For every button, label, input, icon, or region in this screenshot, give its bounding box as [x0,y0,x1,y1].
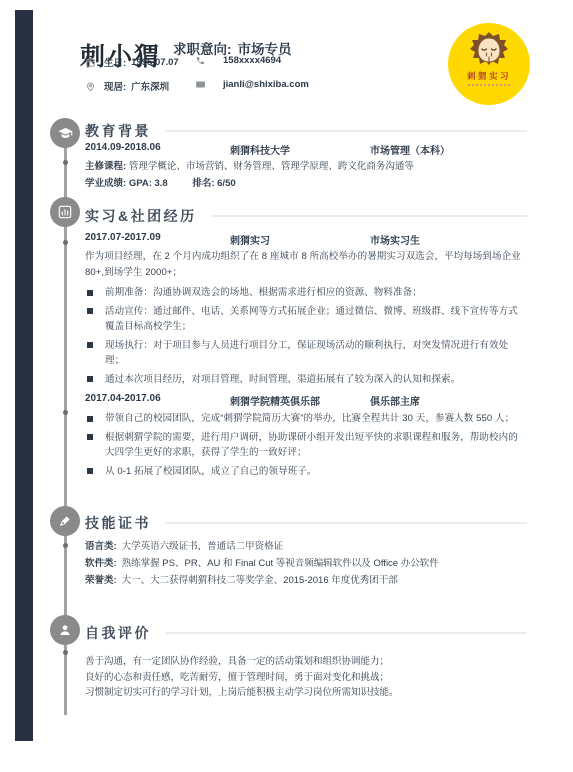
email-item: jianli@shixiba.com [195,79,309,90]
job-date: 2017.07-2017.09 [85,232,230,247]
bullet-text: 活动宣传：通过邮件、电话、关系网等方式拓展企业；通过微信、微博、班级群、线下宣传… [105,306,518,333]
self-evaluation-section-header: 自我评价 [85,623,527,643]
section-node-experience [50,197,80,227]
section-rule [211,215,527,217]
bullet-text: 现场执行：对于项目参与人员进行项目分工，保证现场活动的顺利执行，对突发情况进行有… [105,340,508,367]
bullet-square-icon [87,434,93,440]
job-org: 刺猬实习 [230,232,370,247]
experience-section-header: 实习&社团经历 [85,206,527,226]
job-summary: 作为项目经理，在 2 个月内成功组织了在 8 座城市 8 所高校举办的暑期实习双… [85,249,527,281]
job-date: 2017.04-2017.06 [85,393,230,408]
residence-item: 现居: 广东深圳 [85,79,169,93]
bullet-item: 带领自己的校园团队，完成“刺猬学院简历大赛”的举办，比赛全程共计 30 天，参赛… [85,411,527,427]
avatar: 刺猬实习 [448,23,530,105]
self-eval-line: 良好的心态和责任感，吃苦耐劳，擅于管理时间，勇于面对变化和挑战； [85,670,527,686]
bullet-item: 活动宣传：通过邮件、电话、关系网等方式拓展企业；通过微信、微博、班级群、线下宣传… [85,304,527,335]
left-accent-bar [15,10,33,741]
bullet-item: 现场执行：对于项目参与人员进行项目分工，保证现场活动的顺利执行，对突发情况进行有… [85,338,527,369]
section-title: 自我评价 [85,623,151,643]
section-rule [165,522,527,524]
edu-major: 市场管理（本科） [370,142,527,157]
bullet-text: 通过本次项目经历，对项目管理、时间管理、渠道拓展有了较为深入的认知和探索。 [105,374,460,385]
avatar-brand-text: 刺猬实习 [467,70,511,82]
timeline-dot [63,410,68,415]
skill-line: 软件类:熟练掌握 PS、PR、AU 和 Final Cut 等视音频编辑软件以及… [85,556,527,572]
edu-school: 刺猬科技大学 [230,142,370,157]
phone-value: 158xxxx4694 [223,55,281,66]
job-header: 2017.07-2017.09 刺猬实习 市场实习生 [85,232,527,247]
pen-icon [57,513,73,529]
birthday-label: 生日: [104,55,126,69]
edu-courses-line: 主修课程: 管理学概论、市场营销、财务管理、管理学原理、跨文化商务沟通等 [85,158,527,172]
bullet-text: 前期准备：沟通协调双选会的场地、根据需求进行相应的资源、物料准备； [105,287,422,298]
job-header: 2017.04-2017.06 刺猬学院精英俱乐部 俱乐部主席 [85,393,527,408]
phone-item: 158xxxx4694 [195,55,281,66]
bullet-text: 从 0-1 拓展了校园团队，成立了自己的领导班子。 [105,466,317,477]
bullet-item: 从 0-1 拓展了校园团队，成立了自己的领导班子。 [85,464,527,480]
timeline-dot [63,240,68,245]
bullet-item: 通过本次项目经历，对项目管理、时间管理、渠道拓展有了较为深入的认知和探索。 [85,372,527,388]
self-eval-line: 习惯制定切实可行的学习计划，上岗后能积极主动学习岗位所需知识技能。 [85,685,527,701]
skill-line: 荣誉类:大一、大二获得刺猬科技二等奖学金、2015-2016 年度优秀团干部 [85,573,527,589]
skill-label: 语言类: [85,541,117,552]
hedgehog-illustration [469,32,509,69]
job-bullet-list: 带领自己的校园团队，完成“刺猬学院简历大赛”的举办，比赛全程共计 30 天，参赛… [85,411,527,482]
person-icon [57,622,73,638]
calendar-icon [85,57,96,68]
section-node-self-evaluation [50,615,80,645]
section-title: 教育背景 [85,121,151,141]
residence-value: 广东深圳 [131,79,169,93]
section-node-skills [50,506,80,536]
envelope-icon [195,79,206,90]
bullet-square-icon [87,416,93,422]
bullet-square-icon [87,376,93,382]
job-role: 市场实习生 [370,232,527,247]
job-org: 刺猬学院精英俱乐部 [230,393,370,408]
grade-label: 学业成绩: [85,178,126,189]
skill-label: 软件类: [85,558,117,569]
email-value: jianli@shixiba.com [223,79,309,90]
education-row: 2014.09-2018.06 刺猬科技大学 市场管理（本科） [85,142,527,157]
section-rule [165,632,527,634]
bullet-text: 根据刺猬学院的需要，进行用户调研，协助课研小组开发出短平快的求职课程和服务，帮助… [105,432,518,459]
education-section-header: 教育背景 [85,121,527,141]
edu-grades-line: 学业成绩: GPA: 3.8 排名: 6/50 [85,175,527,189]
bullet-item: 前期准备：沟通协调双选会的场地、根据需求进行相应的资源、物料准备； [85,285,527,301]
avatar-tagline-dashes [468,84,510,86]
bullet-square-icon [87,290,93,296]
bar-chart-icon [57,204,73,220]
phone-icon [195,55,206,66]
self-evaluation-text: 善于沟通，有一定团队协作经验，具备一定的活动策划和组织协调能力； 良好的心态和责… [85,654,527,701]
job-bullet-list: 前期准备：沟通协调双选会的场地、根据需求进行相应的资源、物料准备； 活动宣传：通… [85,285,527,390]
course-text: 管理学概论、市场营销、财务管理、管理学原理、跨文化商务沟通等 [129,161,414,172]
course-label: 主修课程: [85,161,126,172]
skill-label: 荣誉类: [85,575,117,586]
timeline-dot [63,160,68,165]
skill-text: 大学英语六级证书，普通话二甲资格证 [122,541,284,552]
location-pin-icon [85,81,96,92]
skill-line: 语言类:大学英语六级证书，普通话二甲资格证 [85,539,527,555]
bullet-item: 根据刺猬学院的需要，进行用户调研，协助课研小组开发出短平快的求职课程和服务，帮助… [85,430,527,461]
bullet-square-icon [87,308,93,314]
skill-text: 大一、大二获得刺猬科技二等奖学金、2015-2016 年度优秀团干部 [122,575,398,586]
rank-value: 排名: 6/50 [192,178,235,189]
job-role: 俱乐部主席 [370,393,527,408]
skills-list: 语言类:大学英语六级证书，普通话二甲资格证 软件类:熟练掌握 PS、PR、AU … [85,539,527,590]
residence-label: 现居: [104,79,126,93]
resume-page: 刺小猬 求职意向: 市场专员 生日: 1995.07.07 158xxxx469… [0,0,573,772]
section-title: 实习&社团经历 [85,206,197,226]
skills-section-header: 技能证书 [85,513,527,533]
section-node-education [50,118,80,148]
bullet-text: 带领自己的校园团队，完成“刺猬学院简历大赛”的举办，比赛全程共计 30 天，参赛… [105,413,514,424]
section-title: 技能证书 [85,513,151,533]
bullet-square-icon [87,468,93,474]
gpa-value: GPA: 3.8 [129,178,168,189]
birthday-item: 生日: 1995.07.07 [85,55,179,69]
timeline-dot [63,650,68,655]
skill-text: 熟练掌握 PS、PR、AU 和 Final Cut 等视音频编辑软件以及 Off… [122,558,439,569]
self-eval-line: 善于沟通，有一定团队协作经验，具备一定的活动策划和组织协调能力； [85,654,527,670]
section-rule [165,130,527,132]
bullet-square-icon [87,342,93,348]
edu-date: 2014.09-2018.06 [85,142,230,157]
graduation-cap-icon [57,125,74,142]
birthday-value: 1995.07.07 [131,57,179,68]
timeline-dot [63,543,68,548]
